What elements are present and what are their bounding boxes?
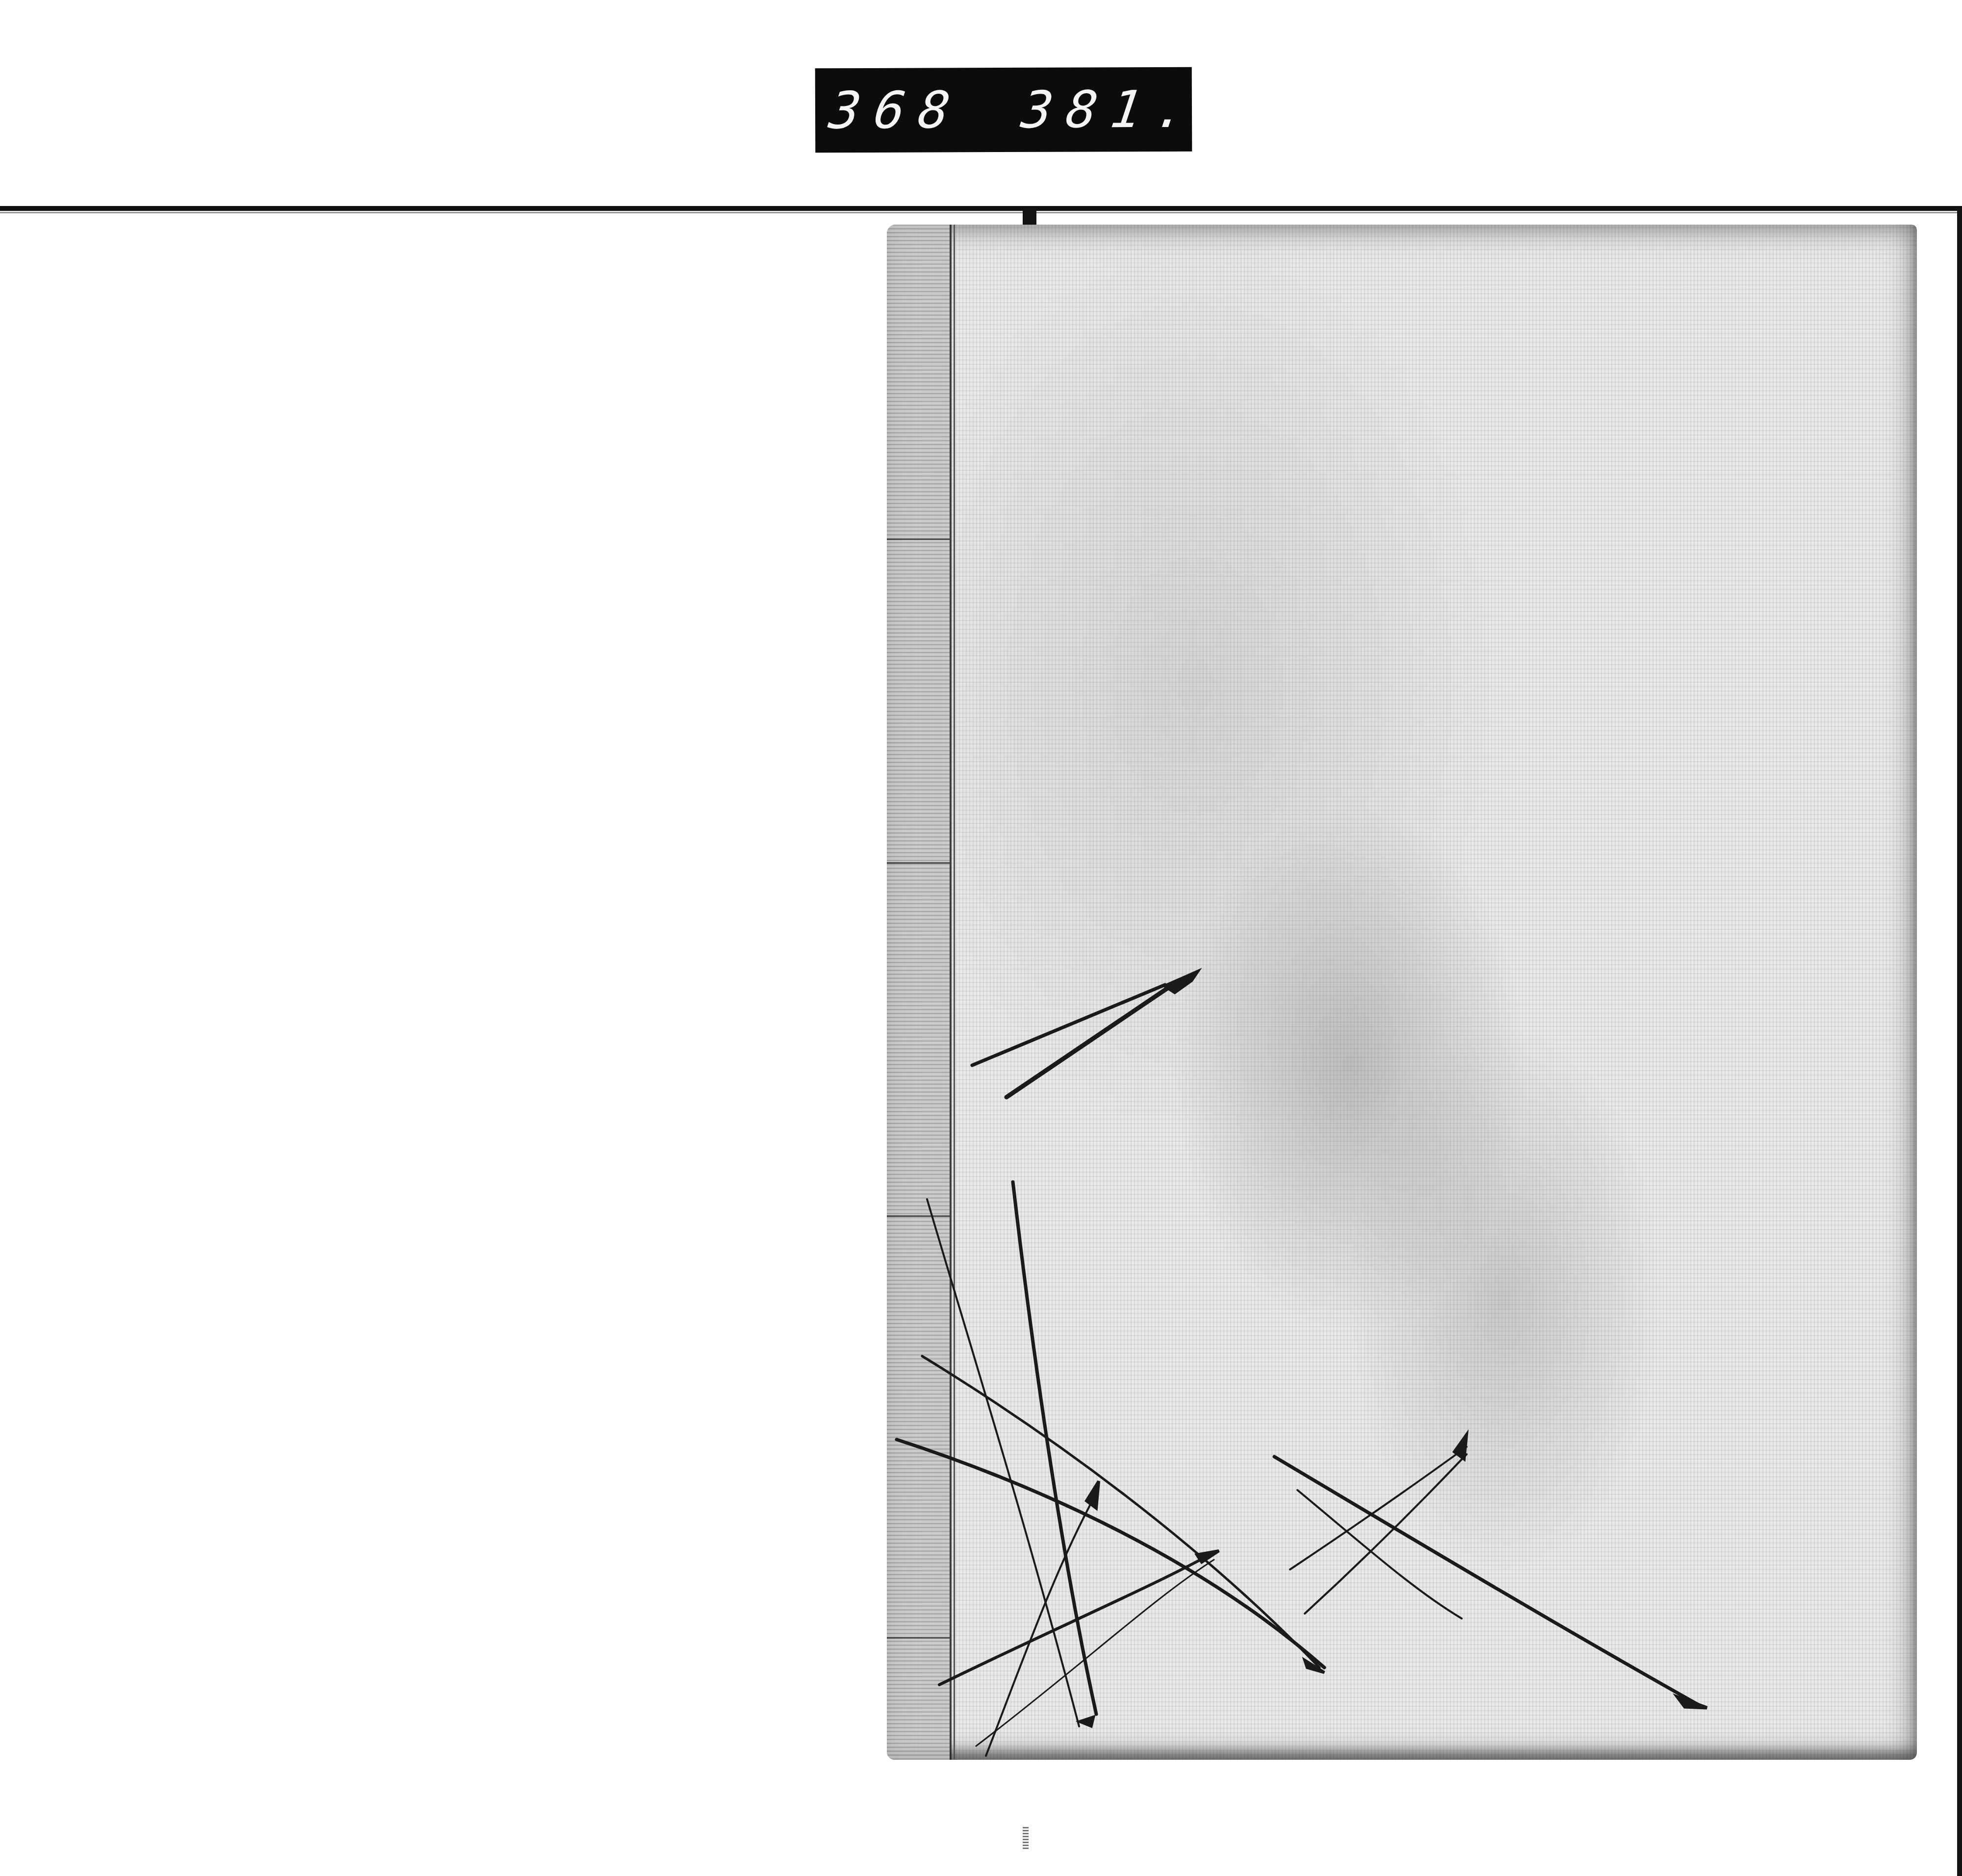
reference-number-end: 381. — [1019, 84, 1204, 135]
archive-reference-label: 368 381. — [815, 67, 1192, 153]
spine-fold-line — [954, 225, 955, 1760]
book-cover — [887, 225, 1917, 1760]
scan-artefact-mark — [1023, 1825, 1029, 1849]
spine-stitch — [887, 862, 950, 864]
scan-top-rule — [0, 206, 1962, 211]
spine-stitch — [887, 539, 950, 540]
scan-right-edge — [1957, 206, 1962, 1876]
book-top-tab — [1023, 211, 1036, 226]
scan-top-rule-shadow — [0, 212, 1962, 213]
spine-stitch — [887, 1215, 950, 1217]
book-spine — [887, 225, 952, 1760]
spine-stitch — [887, 1637, 950, 1639]
reference-number-start: 368 — [826, 84, 967, 136]
